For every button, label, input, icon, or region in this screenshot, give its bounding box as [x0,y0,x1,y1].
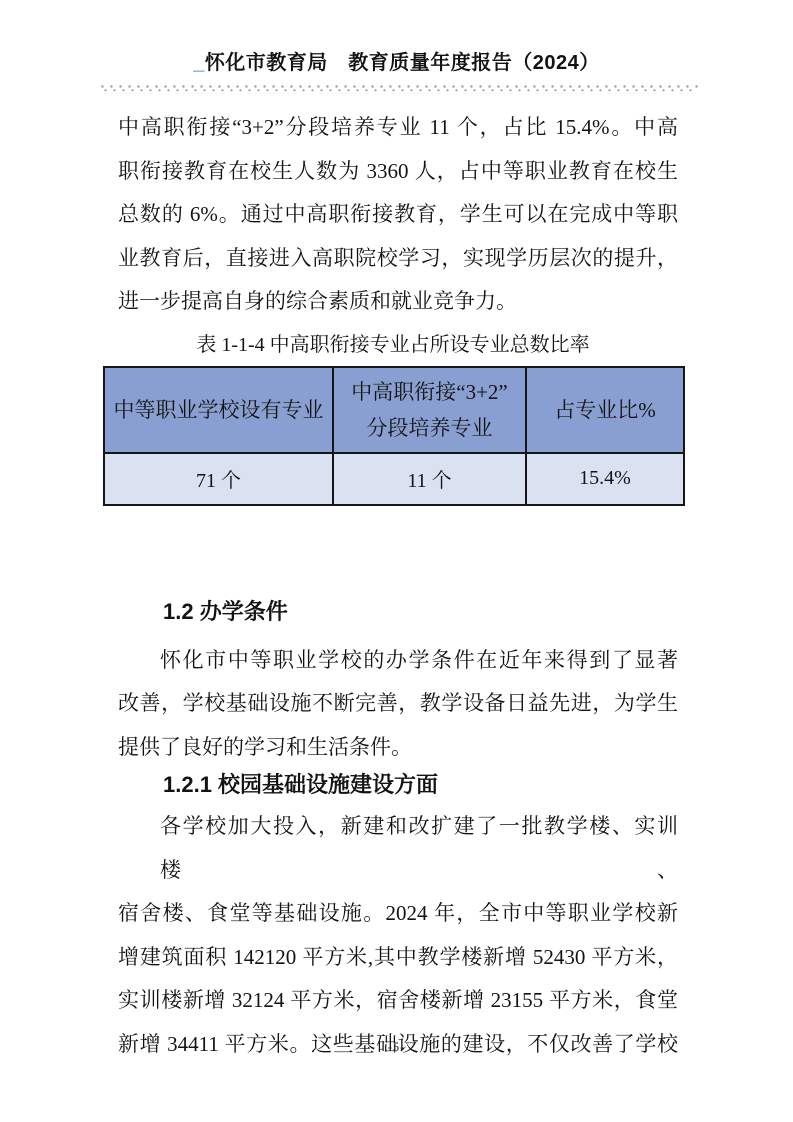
ratio-table: 中等职业学校设有专业 中高职衔接“3+2” 分段培养专业 占专业比% 71 个 … [103,366,685,506]
page-header-title: 怀化市教育局 教育质量年度报告（2024） [205,52,600,74]
col1-header-label: 中等职业学校设有专业 [114,398,324,422]
paragraph-zhongaozhi: 中高职衔接“3+2”分段培养专业 11 个，占比 15.4%。中高 职衔接教育在… [118,106,678,324]
section-heading-1-2: 1.2 办学条件 [118,598,678,626]
paragraph-banxue-tiaojian: 怀化市中等职业学校的办学条件在近年来得到了显著 改善，学校基础设施不断完善，教学… [118,639,678,770]
paragraph-line: 总数的 6%。通过中高职衔接教育，学生可以在完成中等职 [118,193,678,237]
paragraph-line: 改善，学校基础设施不断完善，教学设备日益先进，为学生 [118,682,678,726]
col3-value: 15.4% [579,467,631,489]
paragraph-line: 职衔接教育在校生人数为 3360 人，占中等职业教育在校生 [118,150,678,194]
table-row: 71 个 11 个 15.4% [104,453,684,505]
table-cell: 15.4% [526,453,684,505]
paragraph-line: 提供了良好的学习和生活条件。 [118,726,678,770]
col2-value: 11 个 [407,470,451,492]
paragraph-line: 各学校加大投入，新建和改扩建了一批教学楼、实训楼、 [118,805,678,892]
table-cell: 11 个 [333,453,526,505]
paragraph-line: 宿舍楼、食堂等基础设施。2024 年，全市中等职业学校新 [118,892,678,936]
col1-value: 71 个 [196,470,241,492]
page-number: -5- [0,1040,793,1055]
paragraph-line: 进一步提高自身的综合素质和就业竞争力。 [118,280,678,324]
table-header-cell: 中高职衔接“3+2” 分段培养专业 [333,367,526,453]
table-cell: 71 个 [104,453,333,505]
col3-header-label: 占专业比% [554,398,656,422]
table-header-cell: 中等职业学校设有专业 [104,367,333,453]
revision-mark: _ [193,52,205,74]
header-dotted-rule [98,82,698,91]
paragraph-line: 业教育后，直接进入高职院校学习，实现学历层次的提升， [118,237,678,281]
table-header-row: 中等职业学校设有专业 中高职衔接“3+2” 分段培养专业 占专业比% [104,367,684,453]
col2-header-line2: 分段培养专业 [338,410,521,446]
paragraph-line: 怀化市中等职业学校的办学条件在近年来得到了显著 [118,639,678,683]
paragraph-line: 实训楼新增 32124 平方米，宿舍楼新增 23155 平方米，食堂 [118,979,678,1023]
table-caption: 表 1-1-4 中高职衔接专业占所设专业总数比率 [103,330,683,360]
paragraph-line: 中高职衔接“3+2”分段培养专业 11 个，占比 15.4%。中高 [118,106,678,150]
paragraph-line: 增建筑面积 142120 平方米,其中教学楼新增 52430 平方米， [118,936,678,980]
page-body: 中高职衔接“3+2”分段培养专业 11 个，占比 15.4%。中高 职衔接教育在… [103,106,683,1066]
paragraph-sheshi-jianshe: 各学校加大投入，新建和改扩建了一批教学楼、实训楼、 宿舍楼、食堂等基础设施。20… [118,805,678,1066]
col2-header-line1: 中高职衔接“3+2” [338,374,521,410]
page-header: _怀化市教育局 教育质量年度报告（2024） [0,46,793,75]
table-header-cell: 占专业比% [526,367,684,453]
document-page: _怀化市教育局 教育质量年度报告（2024） 中高职衔接“3+2”分段培养专业 … [0,0,793,1122]
section-heading-1-2-1: 1.2.1 校园基础设施建设方面 [118,771,678,799]
